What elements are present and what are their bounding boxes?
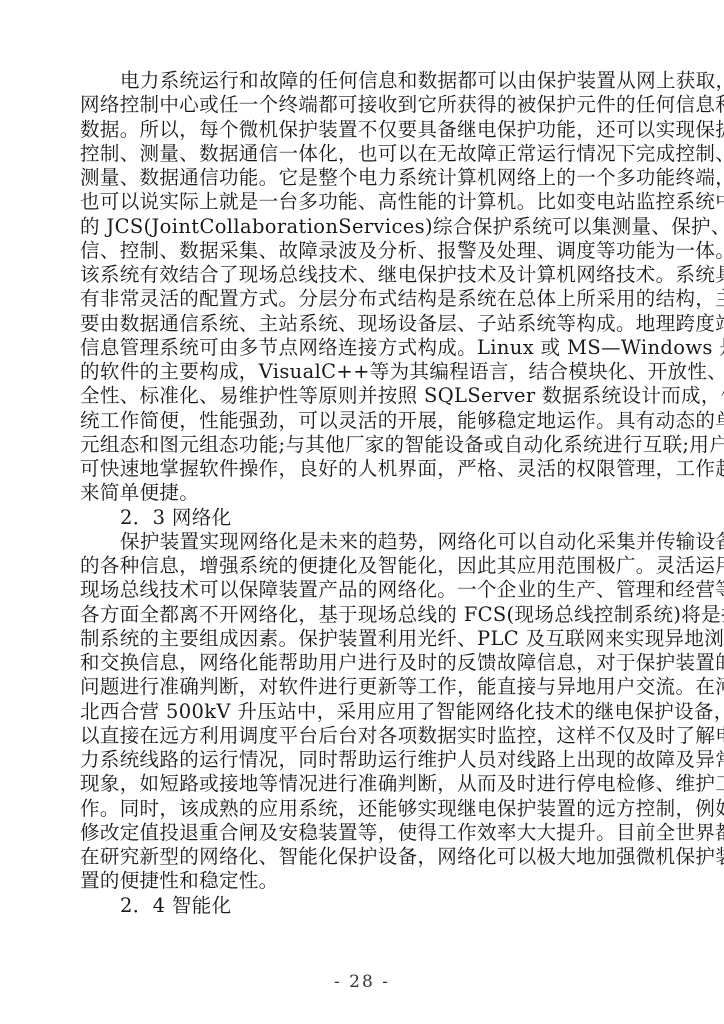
text-line: 网络控制中心或任一个终端都可接收到它所获得的被保护元件的任何信息和 [80,93,648,117]
paragraph-networking: 保护装置实现网络化是未来的趋势，网络化可以自动化采集并传输设备 的各种信息，增强… [80,530,648,894]
text-line: 保护装置实现网络化是未来的趋势，网络化可以自动化采集并传输设备 [80,530,648,554]
text-line: 各方面全都离不开网络化，基于现场总线的 FCS(现场总线控制系统)将是控 [80,603,648,627]
text-line: 全性、标准化、易维护性等原则并按照 SQLServer 数据系统设计而成，使系 [80,384,648,408]
text-line: 问题进行准确判断，对软件进行更新等工作，能直接与异地用户交流。在河 [80,675,648,699]
text-line: 以直接在远方利用调度平台后台对各项数据实时监控，这样不仅及时了解电 [80,724,648,748]
text-line: 置的便捷性和稳定性。 [80,869,648,893]
text-line: 信息管理系统可由多节点网络连接方式构成。Linux 或 MS—Windows 是… [80,336,648,360]
text-line: 力系统线路的运行情况，同时帮助运行维护人员对线路上出现的故障及异常 [80,748,648,772]
text-line: 信、控制、数据采集、故障录波及分析、报警及处理、调度等功能为一体。 [80,239,648,263]
text-line: 数据。所以，每个微机保护装置不仅要具备继电保护功能，还可以实现保护、 [80,118,648,142]
text-line: 电力系统运行和故障的任何信息和数据都可以由保护装置从网上获取， [80,69,648,93]
text-line: 北西合营 500kV 升压站中，采用应用了智能网络化技术的继电保护设备，可 [80,700,648,724]
text-line: 的各种信息，增强系统的便捷化及智能化，因此其应用范围极广。灵活运用 [80,554,648,578]
section-heading-intelligence: 2．4 智能化 [80,894,648,918]
text-line: 现场总线技术可以保障装置产品的网络化。一个企业的生产、管理和经营等 [80,578,648,602]
text-line: 来简单便捷。 [80,481,648,505]
text-line: 作。同时，该成熟的应用系统，还能够实现继电保护装置的远方控制，例如 [80,797,648,821]
section-heading-networking: 2．3 网络化 [80,506,648,530]
text-line: 要由数据通信系统、主站系统、现场设备层、子站系统等构成。地理跨度站 [80,312,648,336]
text-line: 的 JCS(JointCollaborationServices)综合保护系统可… [80,215,648,239]
text-line: 修改定值投退重合闸及安稳装置等，使得工作效率大大提升。目前全世界都 [80,821,648,845]
text-line: 制系统的主要组成因素。保护装置利用光纤、PLC 及互联网来实现异地浏览 [80,627,648,651]
text-line: 有非常灵活的配置方式。分层分布式结构是系统在总体上所采用的结构，主 [80,287,648,311]
text-line: 现象，如短路或接地等情况进行准确判断，从而及时进行停电检修、维护工 [80,772,648,796]
text-line: 测量、数据通信功能。它是整个电力系统计算机网络上的一个多功能终端， [80,166,648,190]
text-line: 的软件的主要构成，VisualC++等为其编程语言，结合模块化、开放性、安 [80,360,648,384]
text-line: 该系统有效结合了现场总线技术、继电保护技术及计算机网络技术。系统具 [80,263,648,287]
text-line: 也可以说实际上就是一台多功能、高性能的计算机。比如变电站监控系统中 [80,190,648,214]
text-line: 统工作简便，性能强劲，可以灵活的开展，能够稳定地运作。具有动态的单 [80,409,648,433]
paragraph-system-overview: 电力系统运行和故障的任何信息和数据都可以由保护装置从网上获取， 网络控制中心或任… [80,69,648,506]
text-line: 控制、测量、数据通信一体化，也可以在无故障正常运行情况下完成控制、 [80,142,648,166]
text-line: 可快速地掌握软件操作，良好的人机界面，严格、灵活的权限管理，工作起 [80,457,648,481]
document-page: 电力系统运行和故障的任何信息和数据都可以由保护装置从网上获取， 网络控制中心或任… [80,69,648,918]
text-line: 在研究新型的网络化、智能化保护设备，网络化可以极大地加强微机保护装 [80,845,648,869]
page-number: - 28 - [0,972,724,992]
text-line: 元组态和图元组态功能;与其他厂家的智能设备或自动化系统进行互联;用户 [80,433,648,457]
text-line: 和交换信息，网络化能帮助用户进行及时的反馈故障信息，对于保护装置的 [80,651,648,675]
